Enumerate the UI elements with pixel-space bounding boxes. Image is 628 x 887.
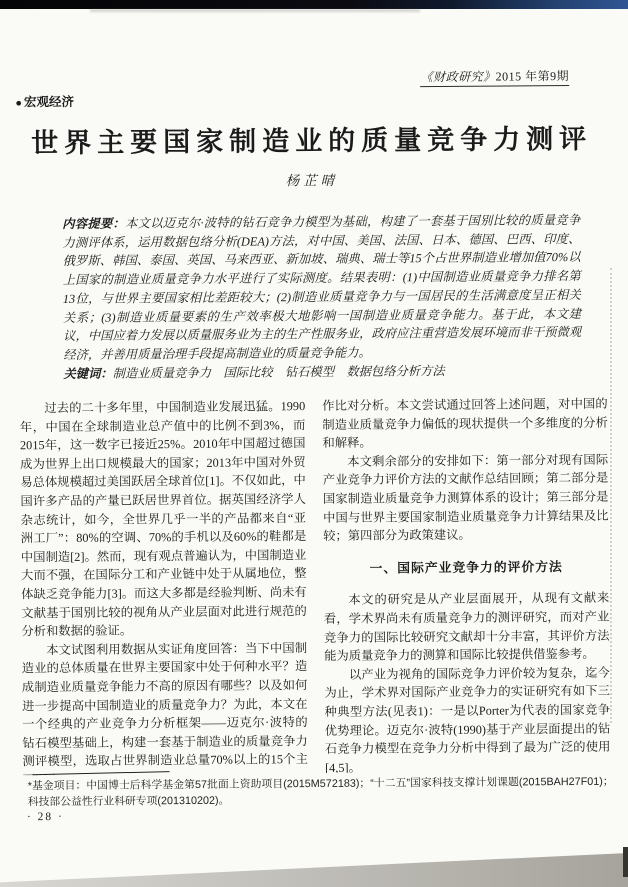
section-tag: ●宏观经济: [15, 92, 74, 110]
right-column: 作比对分析。本文尝试通过回答上述问题，对中国的制造业质量竞争力偏低的现状提供一个…: [322, 395, 610, 773]
paragraph: 以产业为视角的国际竞争力评价较为复杂，迄今为止，学术界对国际产业竞争力的实证研究…: [324, 663, 610, 775]
abstract-block: 内容提要：本文以迈克尔·波特的钻石竞争力模型为基础，构建了一套基于国别比较的质量…: [62, 211, 581, 383]
page-number: · 28 ·: [27, 811, 64, 823]
scan-binding-artifact: [610, 268, 612, 723]
journal-reference: 《财政研究》2015 年第9期: [421, 67, 570, 87]
body-columns: 过去的二十多年里，中国制造业发展迅猛。1990年，中国在全球制造业总产值中的比例…: [20, 395, 611, 776]
author-name: 杨芷晴: [0, 167, 626, 192]
journal-name: 《财政研究》: [421, 70, 496, 85]
scanned-paper-page: 《财政研究》2015 年第9期 ●宏观经济 世界主要国家制造业的质量竞争力测评 …: [0, 0, 628, 887]
abstract-paragraph: 内容提要：本文以迈克尔·波特的钻石竞争力模型为基础，构建了一套基于国别比较的质量…: [62, 211, 581, 365]
section-heading: 一、国际产业竞争力的评价方法: [323, 557, 609, 578]
left-column: 过去的二十多年里，中国制造业发展迅猛。1990年，中国在全球制造业总产值中的比例…: [20, 397, 308, 775]
paper-title: 世界主要国家制造业的质量竞争力测评: [0, 117, 626, 161]
paragraph: 本文试图利用数据从实证角度回答：当下中国制造业的总体质量在世界主要国家中处于何种…: [22, 639, 309, 776]
abstract-label: 内容提要：: [62, 216, 125, 230]
paragraph: 过去的二十多年里，中国制造业发展迅猛。1990年，中国在全球制造业总产值中的比例…: [20, 397, 307, 641]
page-content: 《财政研究》2015 年第9期 ●宏观经济 世界主要国家制造业的质量竞争力测评 …: [0, 0, 628, 887]
keywords-text: 制造业质量竞争力 国际比较 钻石模型 数据包络分析方法: [113, 364, 445, 381]
journal-issue: 2015 年第9期: [496, 69, 570, 84]
scan-corner-mark: [623, 847, 628, 877]
abstract-text: 本文以迈克尔·波特的钻石竞争力模型为基础，构建了一套基于国别比较的质量竞争力测评…: [62, 213, 581, 362]
bullet-icon: ●: [15, 97, 22, 109]
footnote: *基金项目：中国博士后科学基金第57批面上资助项目(2015M572183)；“…: [28, 775, 614, 811]
keywords-label: 关键词：: [63, 366, 112, 380]
keywords-line: 关键词：制造业质量竞争力 国际比较 钻石模型 数据包络分析方法: [63, 361, 581, 384]
section-label: 宏观经济: [24, 95, 74, 109]
paragraph: 本文剩余部分的安排如下：第一部分对现有国际产业竞争力评价方法的文献作总结回顾；第…: [323, 450, 609, 545]
paragraph: 本文的研究是从产业层面展开，从现有文献来看，学术界尚未有质量竞争力的测评研究，而…: [324, 589, 610, 666]
paragraph: 作比对分析。本文尝试通过回答上述问题，对中国的制造业质量竞争力偏低的现状提供一个…: [322, 395, 608, 453]
